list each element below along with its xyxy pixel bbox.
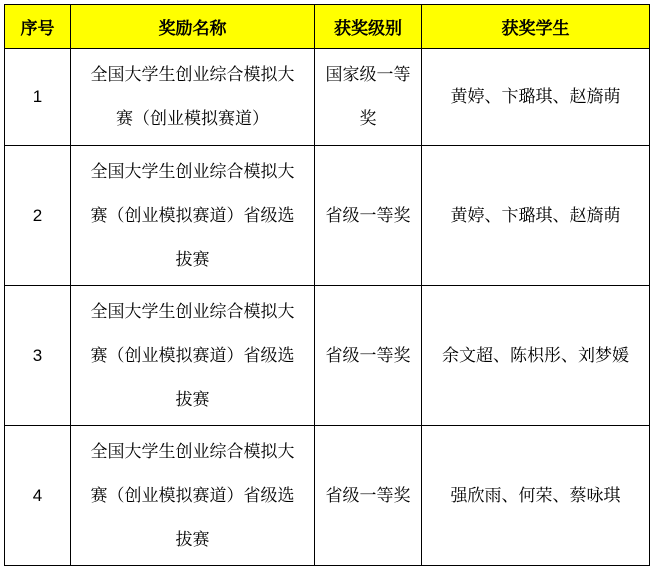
cell-serial-number: 3 bbox=[5, 286, 71, 426]
cell-award-name: 全国大学生创业综合模拟大 赛（创业模拟赛道）省级选 拔赛 bbox=[71, 286, 315, 426]
cell-award-name: 全国大学生创业综合模拟大 赛（创业模拟赛道） bbox=[71, 49, 315, 146]
table-header-row: 序号 奖励名称 获奖级别 获奖学生 bbox=[5, 5, 650, 49]
cell-serial-number: 2 bbox=[5, 146, 71, 286]
header-cell-award-level: 获奖级别 bbox=[315, 5, 422, 49]
awards-table: 序号 奖励名称 获奖级别 获奖学生 1 全国大学生创业综合模拟大 赛（创业模拟赛… bbox=[4, 4, 650, 566]
cell-serial-number: 4 bbox=[5, 426, 71, 566]
cell-serial-number: 1 bbox=[5, 49, 71, 146]
cell-award-level: 省级一等奖 bbox=[315, 286, 422, 426]
header-cell-no: 序号 bbox=[5, 5, 71, 49]
table-row: 4 全国大学生创业综合模拟大 赛（创业模拟赛道）省级选 拔赛 省级一等奖 强欣雨… bbox=[5, 426, 650, 566]
cell-award-level: 国家级一等 奖 bbox=[315, 49, 422, 146]
cell-students: 余文超、陈枳彤、刘梦媛 bbox=[422, 286, 650, 426]
table-row: 2 全国大学生创业综合模拟大 赛（创业模拟赛道）省级选 拔赛 省级一等奖 黄婷、… bbox=[5, 146, 650, 286]
document-page: 序号 奖励名称 获奖级别 获奖学生 1 全国大学生创业综合模拟大 赛（创业模拟赛… bbox=[0, 0, 653, 569]
cell-award-level: 省级一等奖 bbox=[315, 146, 422, 286]
table-row: 3 全国大学生创业综合模拟大 赛（创业模拟赛道）省级选 拔赛 省级一等奖 余文超… bbox=[5, 286, 650, 426]
header-cell-award-name: 奖励名称 bbox=[71, 5, 315, 49]
cell-award-name: 全国大学生创业综合模拟大 赛（创业模拟赛道）省级选 拔赛 bbox=[71, 146, 315, 286]
cell-award-level: 省级一等奖 bbox=[315, 426, 422, 566]
cell-students: 强欣雨、何荣、蔡咏琪 bbox=[422, 426, 650, 566]
cell-students: 黄婷、卞璐琪、赵旖萌 bbox=[422, 49, 650, 146]
header-cell-students: 获奖学生 bbox=[422, 5, 650, 49]
cell-students: 黄婷、卞璐琪、赵旖萌 bbox=[422, 146, 650, 286]
table-row: 1 全国大学生创业综合模拟大 赛（创业模拟赛道） 国家级一等 奖 黄婷、卞璐琪、… bbox=[5, 49, 650, 146]
cell-award-name: 全国大学生创业综合模拟大 赛（创业模拟赛道）省级选 拔赛 bbox=[71, 426, 315, 566]
